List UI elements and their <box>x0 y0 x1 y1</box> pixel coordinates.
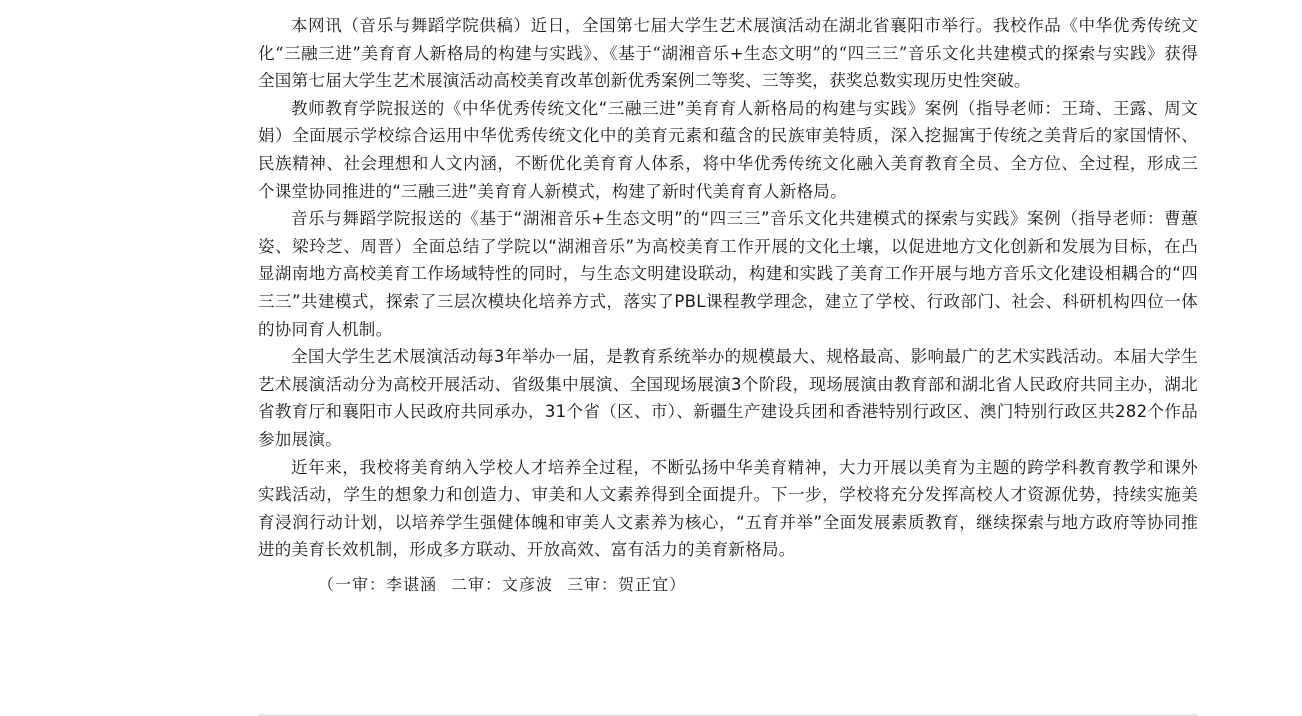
article-paragraph-event-background: 全国大学生艺术展演活动每3年举办一届，是教育系统举办的规模最大、规格最高、影响最… <box>258 343 1198 453</box>
article-paragraph-teacher-education: 教师教育学院报送的《中华优秀传统文化“三融三进”美育育人新格局的构建与实践》案例… <box>258 95 1198 205</box>
article-paragraph-outlook: 近年来，我校将美育纳入学校人才培养全过程，不断弘扬中华美育精神，大力开展以美育为… <box>258 454 1198 564</box>
article-paragraph-music-dance: 音乐与舞蹈学院报送的《基于“湖湘音乐+生态文明”的“四三三”音乐文化共建模式的探… <box>258 205 1198 343</box>
reviewers-close-paren: ） <box>669 575 686 594</box>
article-paragraph-intro: 本网讯（音乐与舞蹈学院供稿）近日，全国第七届大学生艺术展演活动在湖北省襄阳市举行… <box>258 12 1198 95</box>
article-body: 本网讯（音乐与舞蹈学院供稿）近日，全国第七届大学生艺术展演活动在湖北省襄阳市举行… <box>258 12 1198 598</box>
reviewer-second: 二审：文彦波 <box>451 575 553 594</box>
reviewers-credit: （一审：李谌涵二审：文彦波三审：贺正宜） <box>258 571 1198 599</box>
reviewer-first: 一审：李谌涵 <box>335 575 437 594</box>
reviewers-open-paren: （ <box>318 575 335 594</box>
reviewer-third: 三审：贺正宜 <box>567 575 669 594</box>
